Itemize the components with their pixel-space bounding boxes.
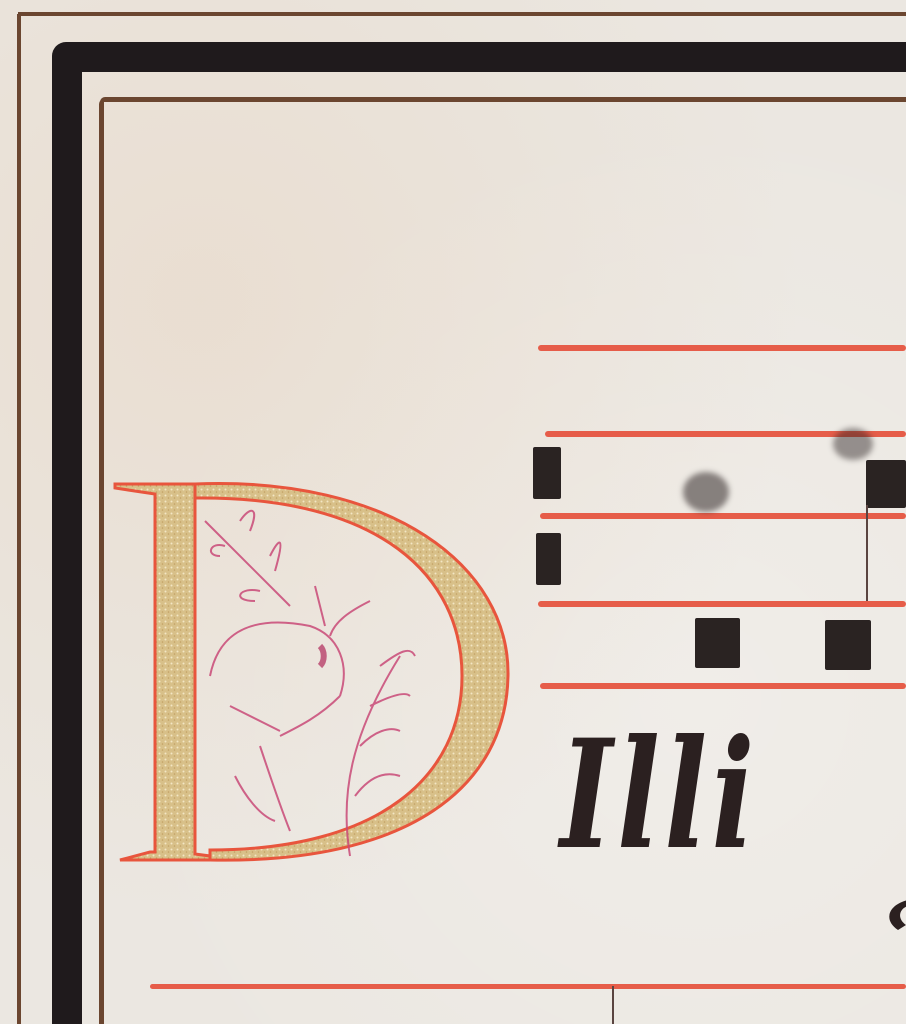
note-stem	[866, 505, 868, 601]
main-border-top	[52, 42, 906, 72]
note-faded	[683, 472, 729, 512]
note-custos-lower	[536, 533, 561, 585]
note-square-3	[866, 460, 906, 508]
staff-line-3	[540, 513, 906, 519]
ink-smudge	[833, 428, 873, 460]
lyric-text: Illi	[560, 720, 759, 870]
main-border-left	[52, 46, 82, 1024]
initial-d	[110, 476, 520, 876]
inner-border-top	[100, 97, 906, 102]
outer-border-top	[18, 12, 906, 16]
staff-line-5	[540, 683, 906, 689]
staff-line-4	[538, 601, 906, 607]
note-square-2	[825, 620, 871, 670]
bar-tick	[612, 986, 614, 1024]
outer-border-left	[17, 14, 21, 1024]
staff-line-bottom	[150, 984, 906, 989]
note-custos-upper	[533, 447, 561, 499]
staff-line-1	[538, 345, 906, 351]
next-letter-fragment	[878, 900, 906, 940]
hare-drawing-icon	[205, 511, 415, 856]
initial-d-icon	[110, 476, 520, 876]
manuscript-page: Illi	[0, 0, 906, 1024]
inner-border-left	[99, 99, 104, 1024]
note-square-1	[695, 618, 740, 668]
